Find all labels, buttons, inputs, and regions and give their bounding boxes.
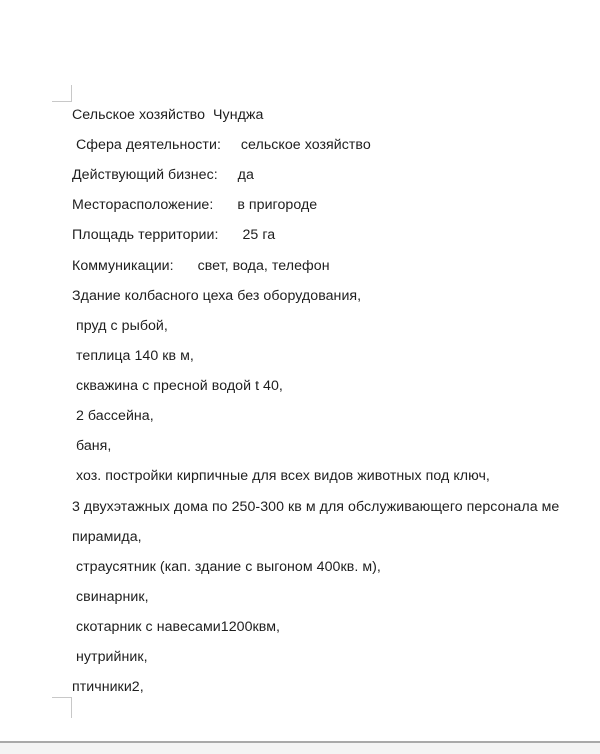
document-title: Сельское хозяйство Чунджа (72, 106, 263, 124)
list-item: 2 бассейна, (72, 407, 154, 425)
field-location: Месторасположение: в пригороде (72, 196, 317, 214)
list-item: скважина с пресной водой t 40, (72, 377, 283, 395)
page-margin-corner-top (52, 85, 72, 102)
list-item: хоз. постройки кирпичные для всех видов … (72, 467, 490, 485)
list-item: баня, (72, 437, 111, 455)
list-item: птичники2, (72, 678, 144, 696)
list-item: Здание колбасного цеха без оборудования, (72, 287, 361, 305)
list-item: 3 двухэтажных дома по 250-300 кв м для о… (72, 498, 559, 516)
list-item: скотарник с навесами1200квм, (72, 618, 280, 636)
field-area: Площадь территории: 25 га (72, 226, 275, 244)
field-activity: Сфера деятельности: сельское хозяйство (72, 136, 371, 154)
document-page: Сельское хозяйство Чунджа Сфера деятельн… (0, 0, 600, 740)
list-item: теплица 140 кв м, (72, 347, 194, 365)
list-item: свинарник, (72, 588, 149, 606)
list-item: нутрийник, (72, 648, 148, 666)
field-utilities: Коммуникации: свет, вода, телефон (72, 257, 330, 275)
field-operating-business: Действующий бизнес: да (72, 166, 254, 184)
page-margin-corner-bottom (52, 697, 72, 718)
page-gap (0, 743, 600, 754)
list-item: пруд с рыбой, (72, 317, 168, 335)
list-item: страусятник (кап. здание с выгоном 400кв… (72, 558, 381, 576)
list-item: пирамида, (72, 528, 142, 546)
